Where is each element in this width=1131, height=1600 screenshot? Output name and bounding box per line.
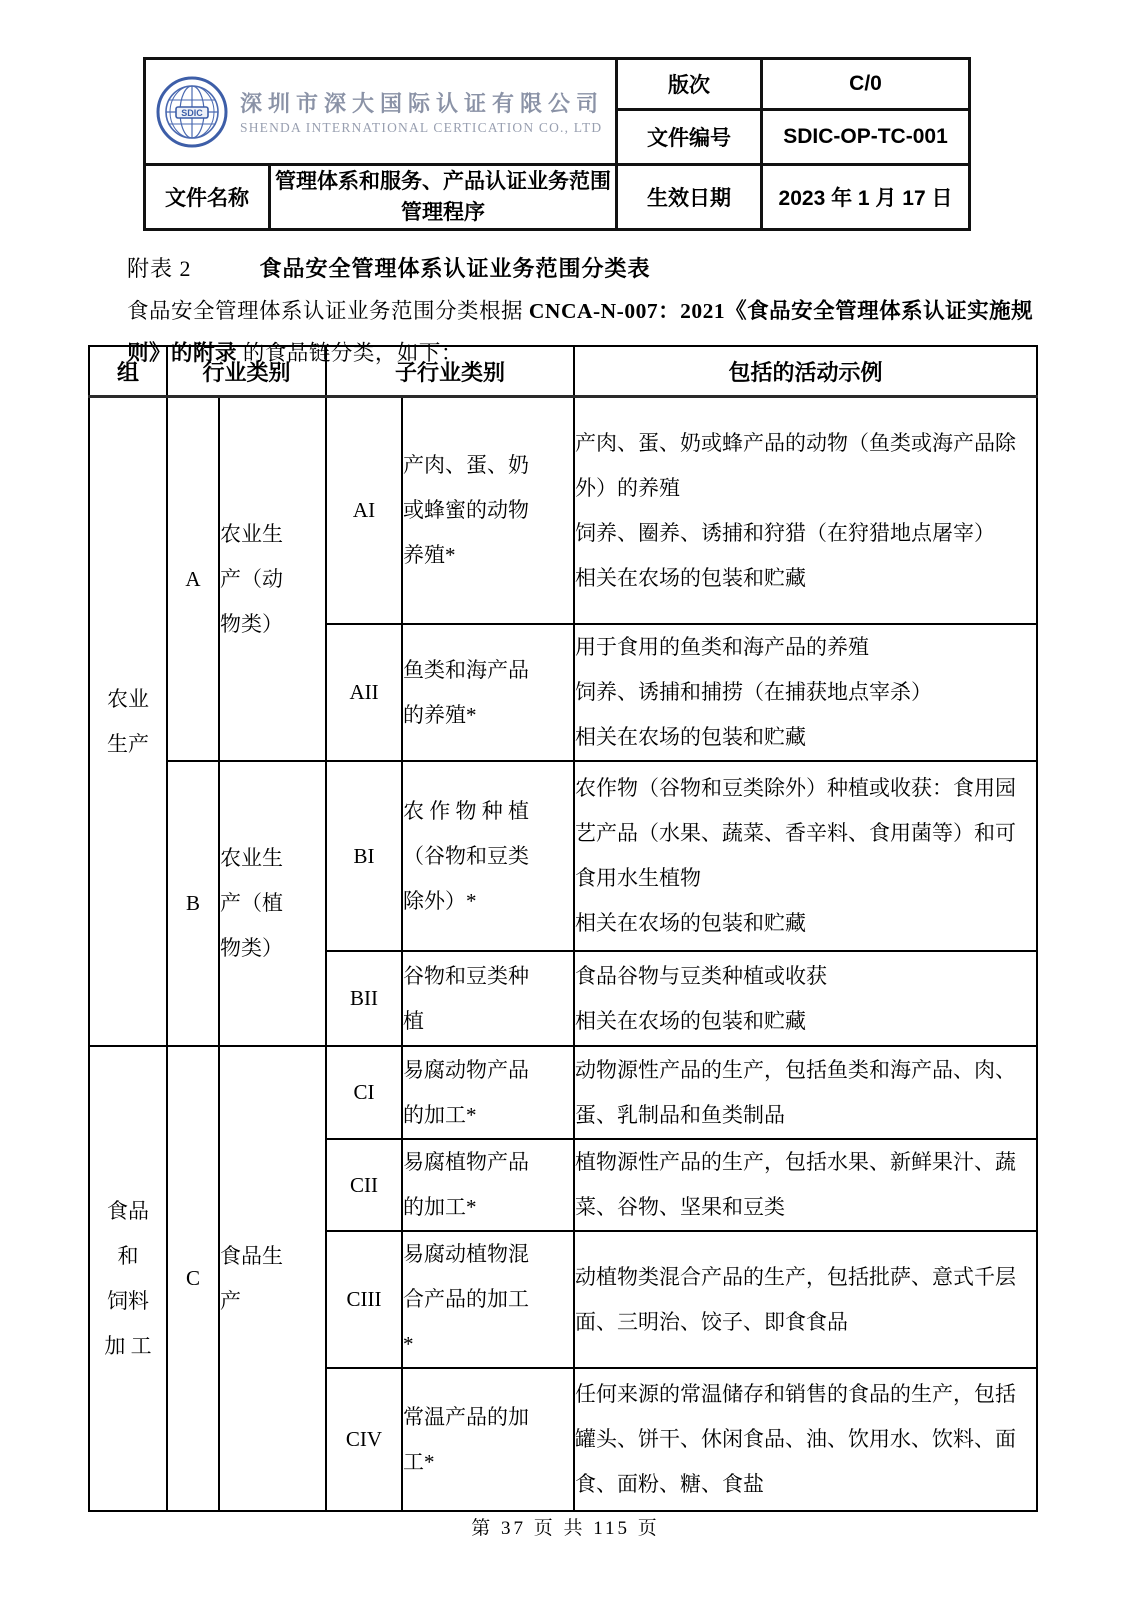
cell-sub-BI: 农 作 物 种 植 （谷物和豆类 除外）*	[402, 761, 574, 951]
activity-item: 产肉、蛋、奶或蜂产品的动物（鱼类或海产品除外）的养殖	[575, 421, 1036, 511]
cell-activities-CIII: 动植物类混合产品的生产，包括批萨、意式千层面、三明治、饺子、即食食品	[574, 1231, 1037, 1368]
company-names: 深圳市深大国际认证有限公司 SHENDA INTERNATIONAL CERTI…	[240, 87, 604, 136]
effective-date-label: 生效日期	[617, 165, 762, 230]
cell-group-agriculture: 农业 生产	[89, 397, 167, 1047]
table-row: SDIC 深圳市深大国际认证有限公司 SHENDA INTERNATIONAL …	[145, 59, 970, 110]
doc-name-label: 文件名称	[145, 165, 270, 230]
page-number-footer: 第 37 页 共 115 页	[0, 1513, 1131, 1540]
cell-sub-CIII: 易腐动植物混 合产品的加工 *	[402, 1231, 574, 1368]
logo-block: SDIC 深圳市深大国际认证有限公司 SHENDA INTERNATIONAL …	[154, 73, 607, 151]
header-group: 组	[89, 346, 167, 397]
cell-industry-name-A: 农业生 产（动 物类）	[219, 397, 326, 762]
table-row-AI: 农业 生产 A 农业生 产（动 物类） AI 产肉、蛋、奶 或蜂蜜的动物 养殖*…	[89, 397, 1037, 625]
activity-item: 动植物类混合产品的生产，包括批萨、意式千层面、三明治、饺子、即食食品	[575, 1255, 1036, 1345]
activity-item: 饲养、圈养、诱捕和狩猎（在狩猎地点屠宰）	[575, 511, 1036, 556]
cell-activities-AI: 产肉、蛋、奶或蜂产品的动物（鱼类或海产品除外）的养殖饲养、圈养、诱捕和狩猎（在狩…	[574, 397, 1037, 625]
doc-name-value: 管理体系和服务、产品认证业务范围管理程序	[270, 165, 617, 230]
activity-item: 相关在农场的包装和贮藏	[575, 999, 1036, 1044]
table-row: 文件名称 管理体系和服务、产品认证业务范围管理程序 生效日期 2023 年 1 …	[145, 165, 970, 230]
cell-code-CIV: CIV	[326, 1368, 402, 1511]
activity-item: 用于食用的鱼类和海产品的养殖	[575, 625, 1036, 670]
cell-activities-AII: 用于食用的鱼类和海产品的养殖饲养、诱捕和捕捞（在捕获地点宰杀）相关在农场的包装和…	[574, 624, 1037, 761]
table-row-CI: 食品 和 饲料 加 工 C 食品生 产 CI 易腐动物产品 的加工* 动物源性产…	[89, 1046, 1037, 1139]
activity-item: 任何来源的常温储存和销售的食品的生产，包括罐头、饼干、休闲食品、油、饮用水、饮料…	[575, 1372, 1036, 1507]
cell-activities-CIV: 任何来源的常温储存和销售的食品的生产，包括罐头、饼干、休闲食品、油、饮用水、饮料…	[574, 1368, 1037, 1511]
doc-number-value: SDIC-OP-TC-001	[762, 110, 970, 165]
version-label: 版次	[617, 59, 762, 110]
cell-industry-name-C: 食品生 产	[219, 1046, 326, 1511]
annex-title: 食品安全管理体系认证业务范围分类表	[260, 249, 651, 289]
intro-text-regular-1: 食品安全管理体系认证业务范围分类根据	[127, 299, 529, 323]
version-value: C/0	[762, 59, 970, 110]
annex-title-line: 附表 2 食品安全管理体系认证业务范围分类表	[127, 249, 1039, 289]
cell-sub-AII: 鱼类和海产品 的养殖*	[402, 624, 574, 761]
effective-date-value: 2023 年 1 月 17 日	[762, 165, 970, 230]
activity-item: 植物源性产品的生产，包括水果、新鲜果汁、蔬菜、谷物、坚果和豆类	[575, 1140, 1036, 1230]
doc-number-label: 文件编号	[617, 110, 762, 165]
classification-table: 组 行业类别 子行业类别 包括的活动示例 农业 生产 A 农业生 产（动 物类）…	[88, 345, 1038, 1512]
table-header-row: 组 行业类别 子行业类别 包括的活动示例	[89, 346, 1037, 397]
company-name-cn: 深圳市深大国际认证有限公司	[240, 87, 604, 118]
cell-sub-AI: 产肉、蛋、奶 或蜂蜜的动物 养殖*	[402, 397, 574, 625]
cell-code-AII: AII	[326, 624, 402, 761]
cell-code-BI: BI	[326, 761, 402, 951]
cell-activities-CI: 动物源性产品的生产，包括鱼类和海产品、肉、蛋、乳制品和鱼类制品	[574, 1046, 1037, 1139]
svg-text:SDIC: SDIC	[181, 108, 203, 118]
activity-item: 相关在农场的包装和贮藏	[575, 556, 1036, 601]
cell-sub-CII: 易腐植物产品 的加工*	[402, 1139, 574, 1231]
cell-group-food-feed: 食品 和 饲料 加 工	[89, 1046, 167, 1511]
header-sub-industry: 子行业类别	[326, 346, 574, 397]
company-logo-cell: SDIC 深圳市深大国际认证有限公司 SHENDA INTERNATIONAL …	[145, 59, 617, 165]
cell-code-CI: CI	[326, 1046, 402, 1139]
cell-sub-BII: 谷物和豆类种 植	[402, 951, 574, 1046]
activity-item: 农作物（谷物和豆类除外）种植或收获：食用园艺产品（水果、蔬菜、香辛料、食用菌等）…	[575, 766, 1036, 901]
header-industry: 行业类别	[167, 346, 326, 397]
annex-label: 附表 2	[127, 249, 192, 289]
activity-item: 动物源性产品的生产，包括鱼类和海产品、肉、蛋、乳制品和鱼类制品	[575, 1048, 1036, 1138]
cell-industry-letter-C: C	[167, 1046, 219, 1511]
activity-item: 相关在农场的包装和贮藏	[575, 901, 1036, 946]
activity-item: 食品谷物与豆类种植或收获	[575, 954, 1036, 999]
cell-industry-letter-B: B	[167, 761, 219, 1046]
cell-activities-BII: 食品谷物与豆类种植或收获相关在农场的包装和贮藏	[574, 951, 1037, 1046]
cell-code-CIII: CIII	[326, 1231, 402, 1368]
cell-activities-CII: 植物源性产品的生产，包括水果、新鲜果汁、蔬菜、谷物、坚果和豆类	[574, 1139, 1037, 1231]
cell-code-AI: AI	[326, 397, 402, 625]
cell-sub-CI: 易腐动物产品 的加工*	[402, 1046, 574, 1139]
table-row-BI: B 农业生 产（植 物类） BI 农 作 物 种 植 （谷物和豆类 除外）* 农…	[89, 761, 1037, 951]
sdic-globe-logo-icon: SDIC	[154, 73, 230, 151]
doc-info-header-table: SDIC 深圳市深大国际认证有限公司 SHENDA INTERNATIONAL …	[143, 57, 971, 231]
activity-item: 饲养、诱捕和捕捞（在捕获地点宰杀）	[575, 670, 1036, 715]
cell-code-BII: BII	[326, 951, 402, 1046]
activity-item: 相关在农场的包装和贮藏	[575, 715, 1036, 760]
document-page: SDIC 深圳市深大国际认证有限公司 SHENDA INTERNATIONAL …	[0, 0, 1131, 1600]
cell-industry-name-B: 农业生 产（植 物类）	[219, 761, 326, 1046]
cell-industry-letter-A: A	[167, 397, 219, 762]
cell-sub-CIV: 常温产品的加 工*	[402, 1368, 574, 1511]
company-name-en: SHENDA INTERNATIONAL CERTICATION CO., LT…	[240, 120, 604, 136]
cell-code-CII: CII	[326, 1139, 402, 1231]
cell-activities-BI: 农作物（谷物和豆类除外）种植或收获：食用园艺产品（水果、蔬菜、香辛料、食用菌等）…	[574, 761, 1037, 951]
header-activities: 包括的活动示例	[574, 346, 1037, 397]
